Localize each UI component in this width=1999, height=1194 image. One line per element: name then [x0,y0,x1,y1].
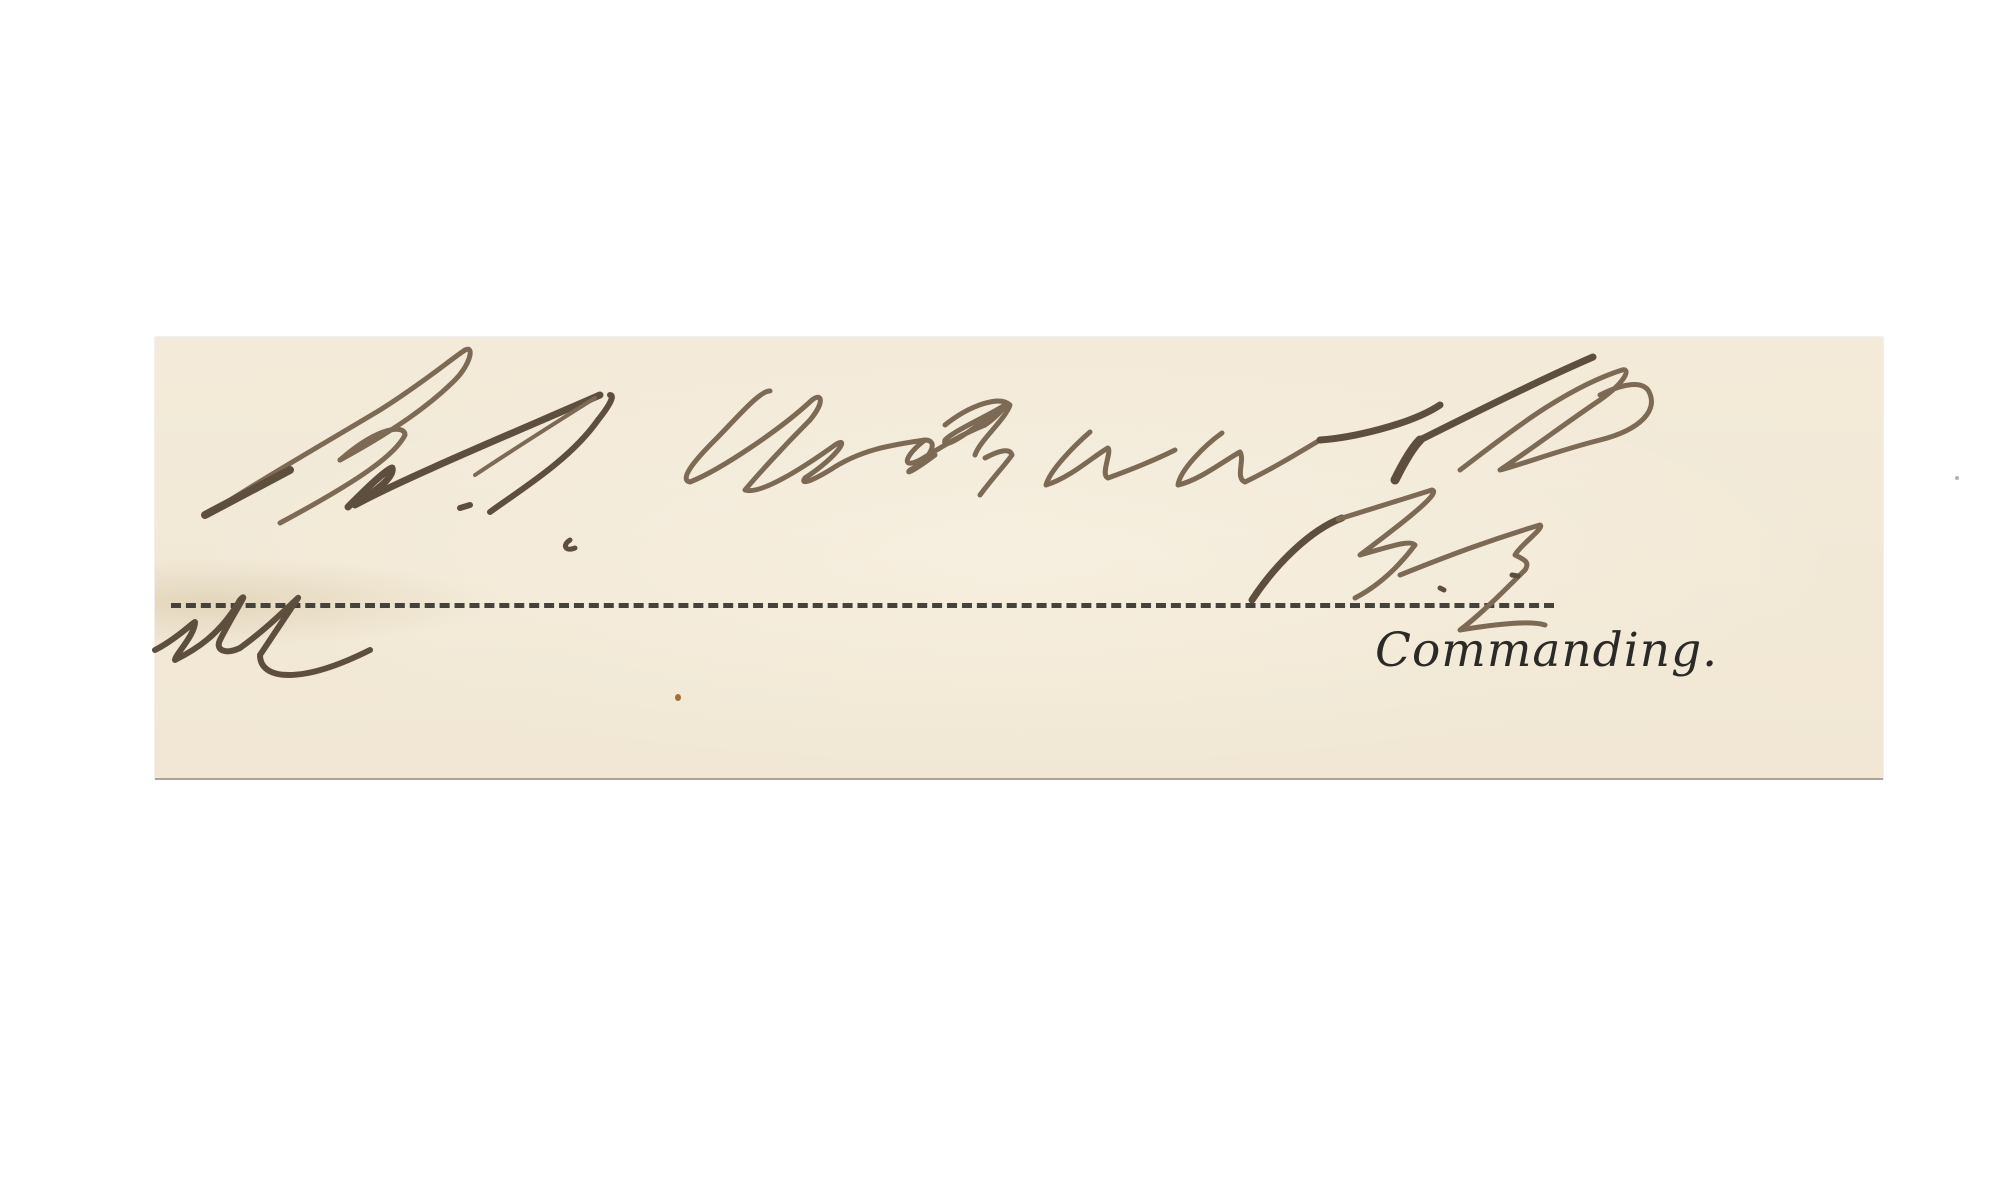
signature-suffix: B.G. [0,0,1,1]
paper-slip: Commanding. [155,337,1883,779]
background-speck [1955,476,1959,480]
signature-line [171,603,1554,608]
printed-label-commanding: Commanding. [1375,623,1718,678]
signature-text: Jas. S. Wadsworth [0,0,1,1]
scanned-document: Commanding. [0,0,1999,1194]
paper-speck [675,694,681,701]
fragment-text: ill [0,0,1,1]
